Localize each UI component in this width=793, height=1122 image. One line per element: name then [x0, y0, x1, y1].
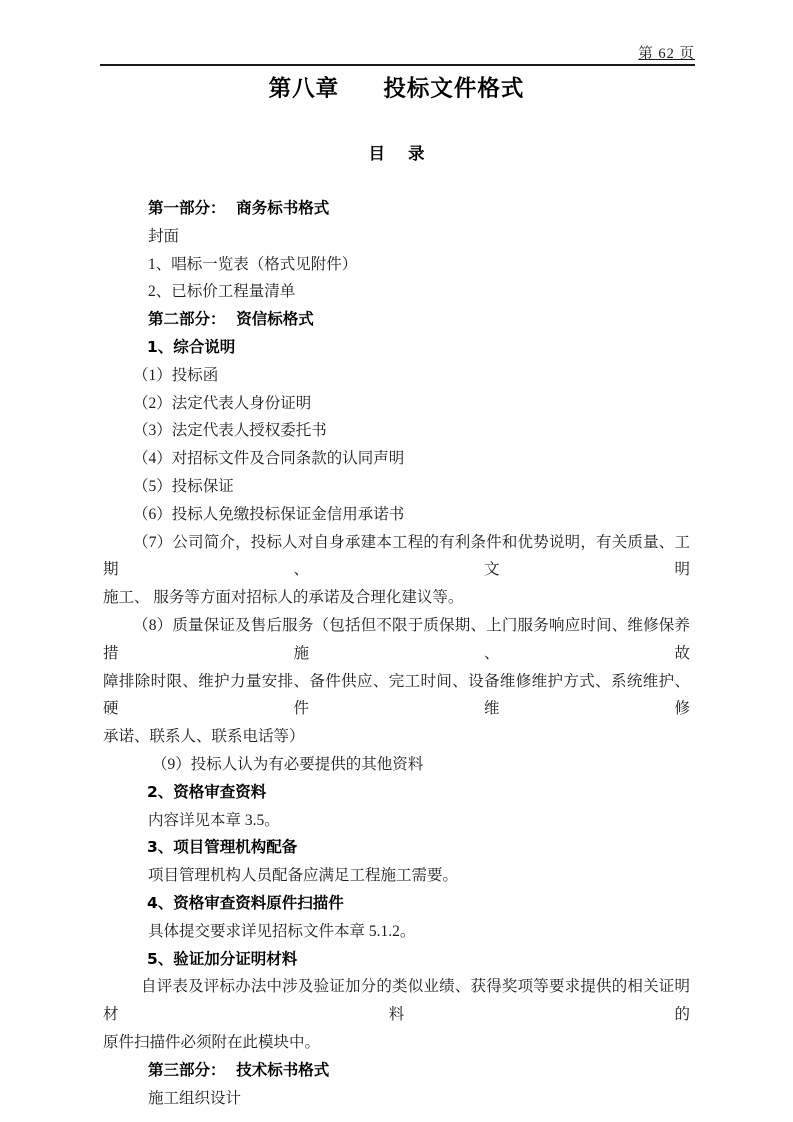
toc-item: 1、唱标一览表（格式见附件） [103, 251, 690, 279]
toc-sub-item: （2）法定代表人身份证明 [103, 390, 690, 418]
toc-sub-item: （6）投标人免缴投标保证金信用承诺书 [103, 501, 690, 529]
toc-title: 目 录 [0, 144, 793, 164]
part-heading: 第三部分： 技术标书格式 [103, 1057, 690, 1085]
toc-sub-item: （5）投标保证 [103, 473, 690, 501]
chapter-title: 第八章 投标文件格式 [0, 75, 793, 103]
page-number: 第 62 页 [638, 46, 695, 62]
section-heading: 5、验证加分证明材料 [103, 946, 690, 974]
section-heading: 2、资格审查资料 [103, 779, 690, 807]
body-text: 具体提交要求详见招标文件本章 5.1.2。 [103, 918, 690, 946]
section-heading: 4、资格审查资料原件扫描件 [103, 890, 690, 918]
page-header-rule: 第 62 页 [100, 0, 695, 66]
toc-sub-item: （4）对招标文件及合同条款的认同声明 [103, 445, 690, 473]
toc-sub-item: （3）法定代表人授权委托书 [103, 417, 690, 445]
toc-content: 第一部分： 商务标书格式 封面 1、唱标一览表（格式见附件） 2、已标价工程量清… [103, 195, 690, 1112]
paragraph-line: 施工、 服务等方面对招标人的承诺及合理化建议等。 [103, 584, 690, 612]
body-text: 项目管理机构人员配备应满足工程施工需要。 [103, 862, 690, 890]
part-heading: 第一部分： 商务标书格式 [103, 195, 690, 223]
paragraph-line: 承诺、联系人、联系电话等） [103, 723, 690, 751]
toc-item: 封面 [103, 223, 690, 251]
document-page: 第 62 页 第八章 投标文件格式 目 录 第一部分： 商务标书格式 封面 1、… [0, 0, 793, 1122]
section-heading: 3、项目管理机构配备 [103, 834, 690, 862]
paragraph-line: 自评表及评标办法中涉及验证加分的类似业绩、获得奖项等要求提供的相关证明材料的 [103, 973, 690, 1029]
paragraph-line: 原件扫描件必须附在此模块中。 [103, 1029, 690, 1057]
body-text: 内容详见本章 3.5。 [103, 807, 690, 835]
toc-sub-item: （9）投标人认为有必要提供的其他资料 [103, 751, 690, 779]
toc-item: 2、已标价工程量清单 [103, 278, 690, 306]
paragraph-line: 障排除时限、维护力量安排、备件供应、完工时间、设备维修维护方式、系统维护、硬件维… [103, 668, 690, 724]
toc-sub-item: （1）投标函 [103, 362, 690, 390]
paragraph-line: （7）公司简介，投标人对自身承建本工程的有利条件和优势说明，有关质量、工期、文明 [103, 529, 690, 585]
toc-item: 施工组织设计 [103, 1085, 690, 1113]
part-heading: 第二部分： 资信标格式 [103, 306, 690, 334]
section-heading: 1、综合说明 [103, 334, 690, 362]
paragraph-line: （8）质量保证及售后服务（包括但不限于质保期、上门服务响应时间、维修保养措施、故 [103, 612, 690, 668]
